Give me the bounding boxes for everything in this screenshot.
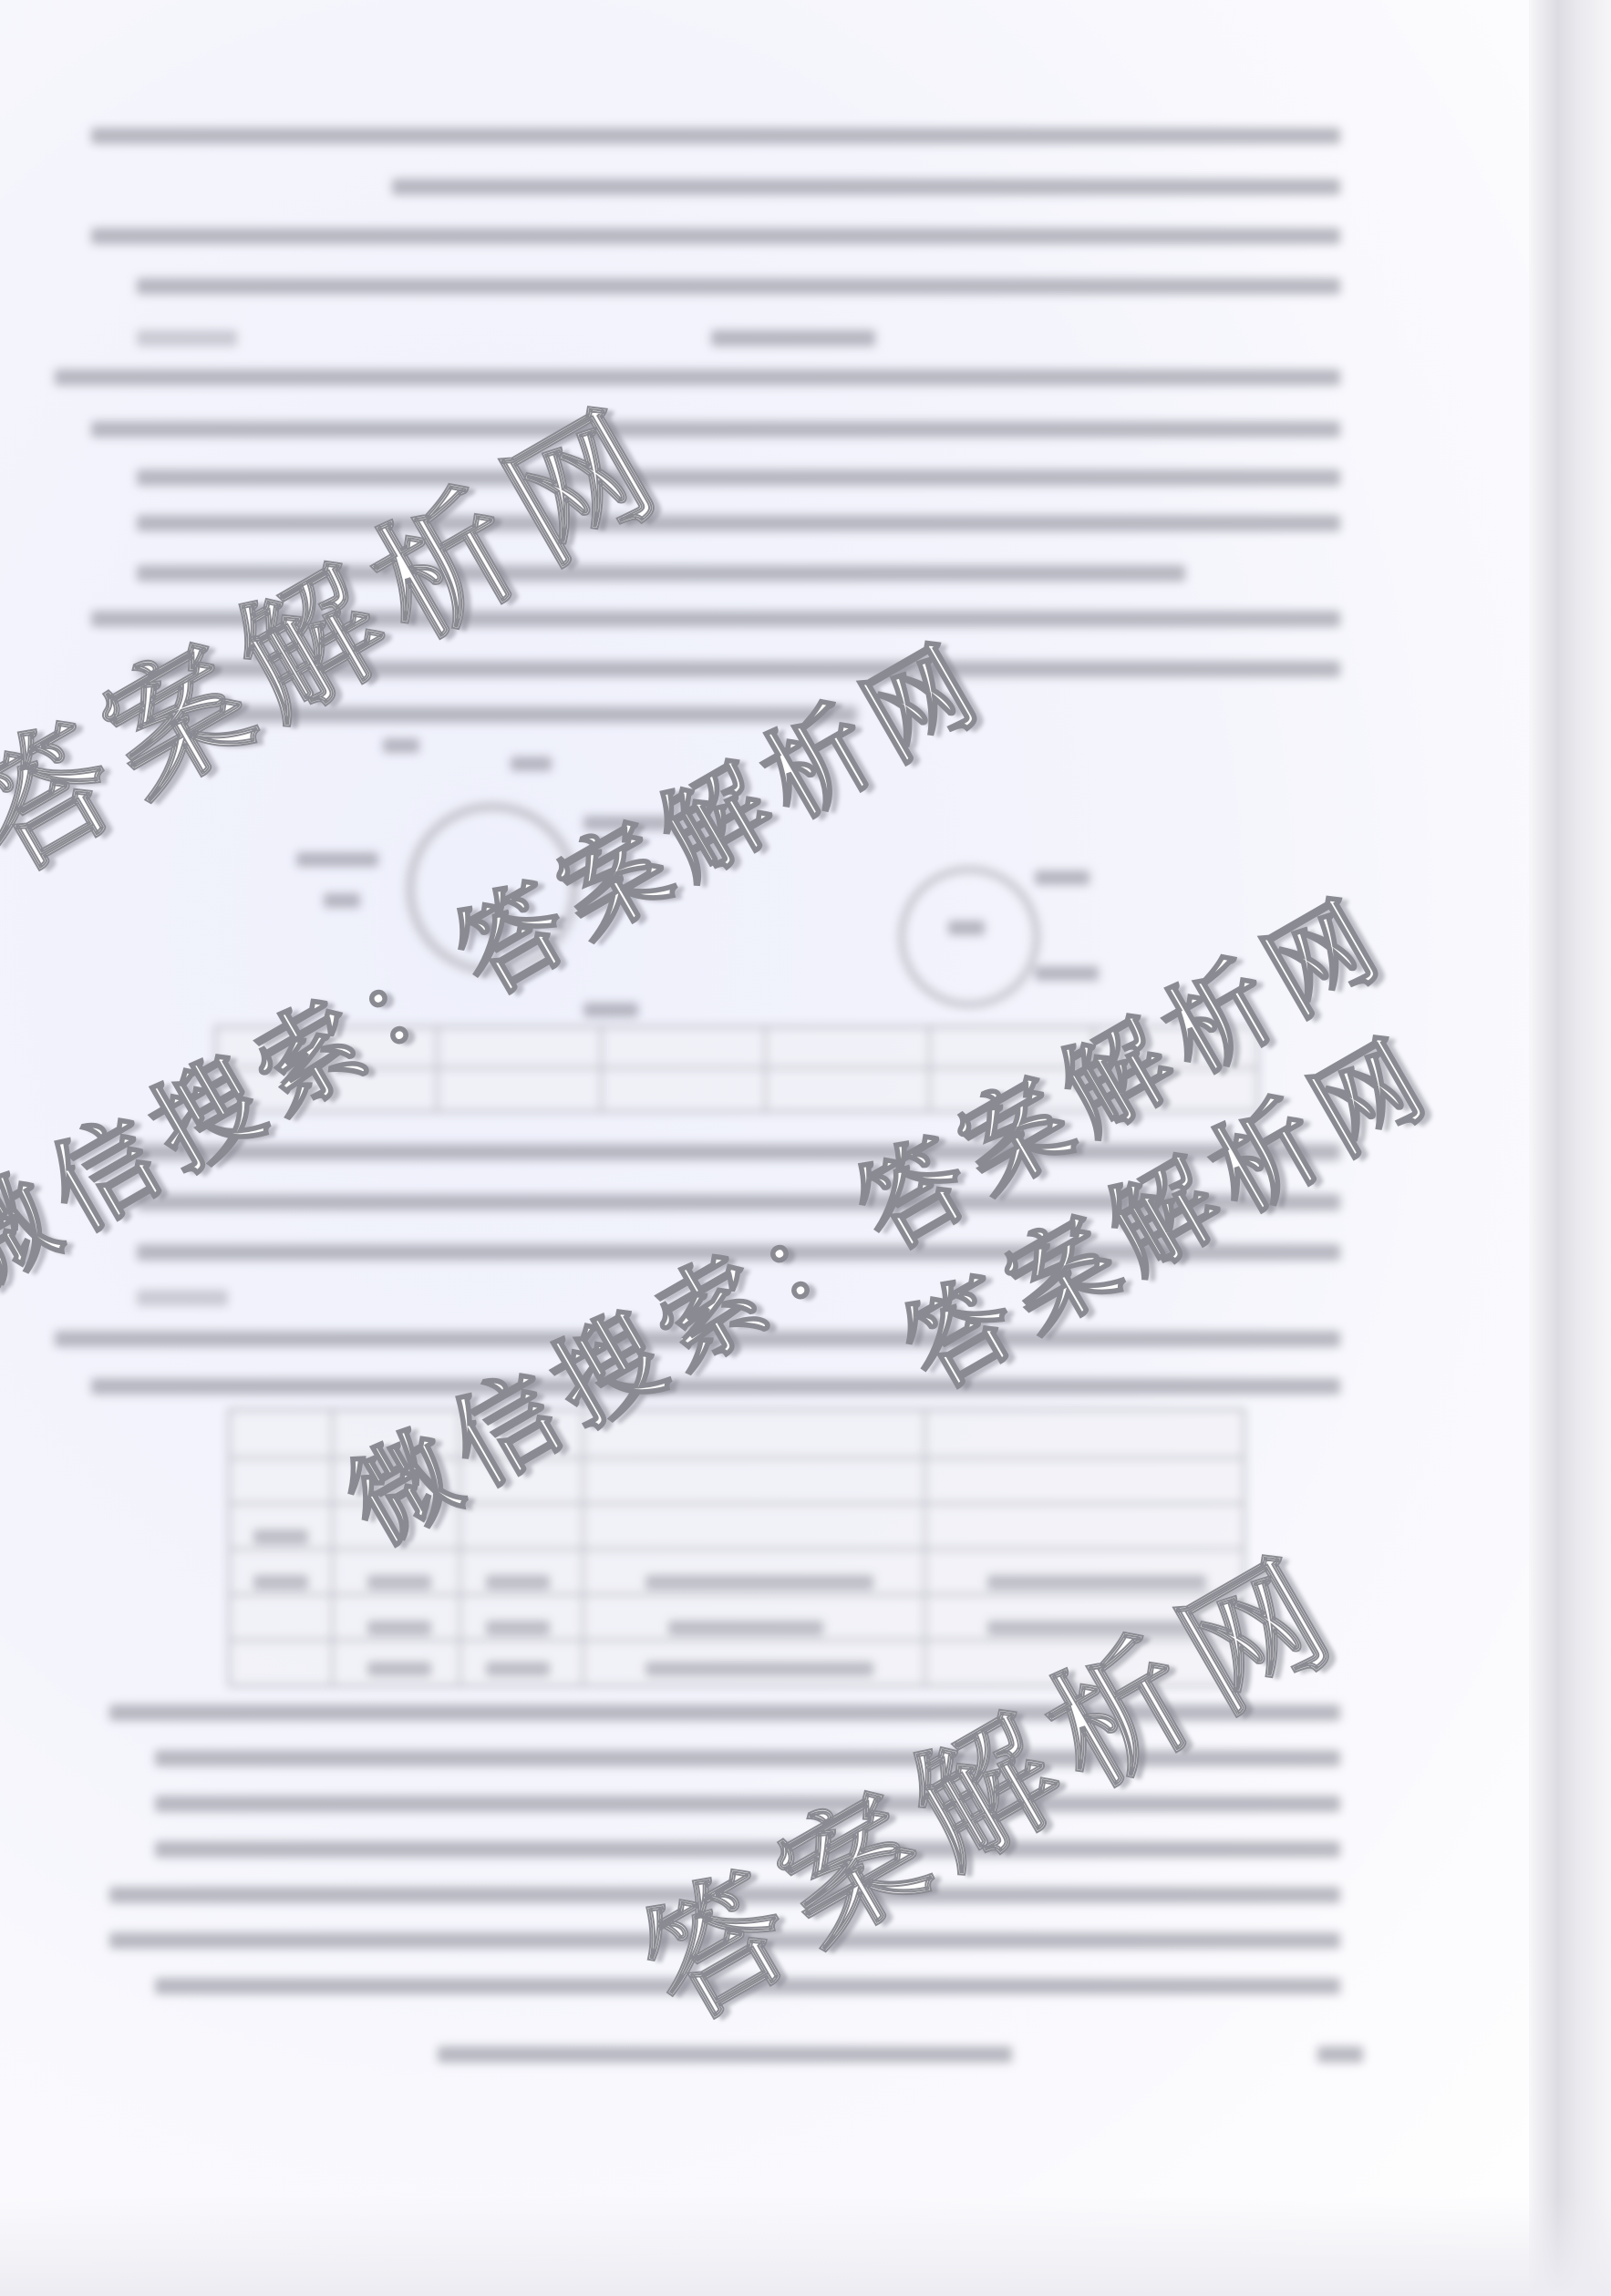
text-line: [91, 228, 1340, 244]
text-line: [137, 330, 237, 346]
diagram-circle-right: [898, 866, 1040, 1008]
text-line: [711, 330, 875, 346]
text-line: [392, 179, 1340, 195]
text-line: [91, 128, 1340, 144]
diagram-label: [511, 757, 552, 771]
diagram-label: [324, 893, 360, 908]
diagram-label: [583, 1003, 638, 1017]
text-line: [91, 421, 1340, 438]
diagram-label: [1035, 870, 1089, 885]
text-line: [55, 369, 1340, 386]
diagram-label: [296, 852, 378, 867]
scan-bottom-shade: [0, 2196, 1611, 2296]
text-line: [137, 469, 1340, 486]
diagram-label: [948, 921, 985, 935]
page-number: [1317, 2046, 1363, 2063]
page-footer: [438, 2046, 1012, 2063]
text-line: [137, 278, 1340, 294]
diagram-label: [1035, 966, 1099, 981]
text-line: [137, 1290, 228, 1306]
diagram-label: [383, 738, 419, 753]
